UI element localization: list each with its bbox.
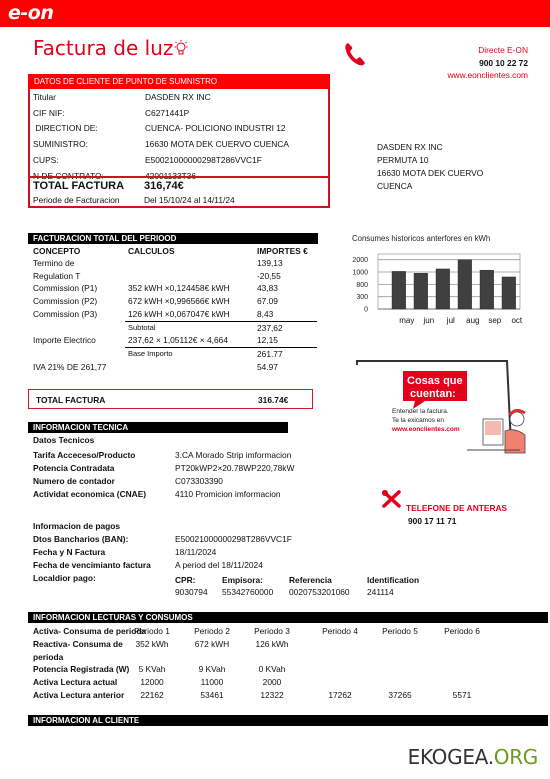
amount-cell: 67.09: [257, 295, 278, 307]
eon-logo: e-on: [8, 2, 53, 24]
field-label: Titular: [33, 90, 145, 106]
promo-banner[interactable]: Cosas que cuentan: Entender la factura. …: [355, 345, 535, 455]
readings-section-title: INFORMACION LECTURAS Y CONSUMOS: [28, 612, 548, 623]
svg-text:sep: sep: [488, 316, 501, 325]
period-cell: 53461: [182, 689, 242, 701]
amount-cell: 43,83: [257, 282, 278, 294]
client-row: DIRECTION DE:CUENCA- POLICIONO INDUSTRI …: [33, 121, 289, 137]
calc-cell: 672 kWH ×0,996566€ kWH: [128, 295, 230, 307]
svg-text:0: 0: [364, 307, 368, 314]
amount-cell: -20,55: [257, 270, 281, 282]
payment-cpr: CPR:9030794: [175, 574, 208, 598]
period-cell: 22162: [122, 689, 182, 701]
field-value: E50021000000298T286VVC1F: [145, 153, 262, 169]
amount-cell: 54.97: [257, 361, 278, 373]
svg-text:800: 800: [356, 282, 368, 289]
divider: [28, 176, 330, 178]
period-cell: 11000: [182, 676, 242, 688]
amount-cell: 12,15: [257, 334, 278, 346]
amount-cell: 261.77: [257, 348, 283, 360]
column-header: IMPORTES €: [257, 245, 308, 257]
client-data-rows: TitularDASDEN RX INC CIF NIF:C6271441P D…: [33, 90, 289, 184]
client-info-section-title: INFORMACION AL CLIENTE: [28, 715, 548, 726]
field-label: Actividat economica (CNAE): [33, 488, 146, 500]
period-cell: 126 kWh: [242, 638, 302, 650]
total-label: TOTAL FACTURA: [36, 395, 105, 405]
client-row: TitularDASDEN RX INC: [33, 90, 289, 106]
address-line: PERMUTA 10: [377, 154, 483, 167]
total-value: 316.74€: [258, 395, 288, 405]
client-row: SUMINISTRO:16630 MOTA DEK CUERVO CUENCA: [33, 137, 289, 153]
period-cell: Periodo 1: [122, 625, 182, 637]
concept-cell: Regulation T: [33, 270, 80, 282]
period-label: Periode de Facturacion: [33, 195, 144, 205]
field-value: C073303390: [175, 475, 223, 487]
promo-text: Entender la factura.: [392, 408, 449, 415]
contact-website[interactable]: www.eonclientes.com: [447, 69, 528, 82]
address-line: CUENCA: [377, 180, 483, 193]
promo-headline: cuentan:: [410, 388, 456, 400]
field-label: DIRECTION DE:: [33, 121, 145, 137]
field-value: 4110 Promicion imformacion: [175, 488, 281, 500]
client-row: CIF NIF:C6271441P: [33, 106, 289, 122]
field-label: Dtos Bancharios (BAN):: [33, 533, 128, 545]
field-label: CUPS:: [33, 153, 145, 169]
field-label: Potencia Contradata: [33, 462, 114, 474]
period-cell: 2000: [242, 676, 302, 688]
period-cell: Periodo 6: [432, 625, 492, 637]
field-label: Referencia: [289, 574, 350, 586]
period-cell: 5 KVah: [122, 663, 182, 675]
technical-section-title: INFORMACION TECNICA: [28, 422, 288, 433]
payment-reference: Referencia0020753201060: [289, 574, 350, 598]
concept-cell: Importe Electrico: [33, 334, 96, 346]
brand-header-bar: [0, 0, 550, 27]
field-label: perioda: [33, 651, 63, 663]
address-line: DASDEN RX INC: [377, 141, 483, 154]
lightbulb-icon: [174, 39, 188, 57]
field-label: Identification: [367, 574, 419, 586]
calc-cell: Subtotal: [128, 322, 156, 334]
period-cell: 9 KVah: [182, 663, 242, 675]
field-label: Activa Lectura actual: [33, 676, 117, 688]
billing-section-title: FACTURACION TOTAL DEL PERIOOD: [28, 233, 318, 244]
brand-main: EKOGEA.: [408, 745, 494, 769]
address-line: 16630 MOTA DEK CUERVO: [377, 167, 483, 180]
client-section-title: DATOS DE CLIENTE DE PUNTO DE SUMNISTRO: [28, 74, 330, 89]
calc-cell: 352 kWH ×0,124458€ kWH: [128, 282, 230, 294]
support-phone[interactable]: 900 17 11 71: [408, 516, 456, 526]
field-value: DASDEN RX INC: [145, 90, 211, 106]
section-subtitle: Informacion de pagos: [33, 520, 120, 532]
svg-text:jun: jun: [422, 316, 434, 325]
concept-cell: Commission (P2): [33, 295, 97, 307]
promo-headline: Cosas que: [407, 375, 463, 387]
period-cell: 672 kWH: [182, 638, 242, 650]
svg-text:oct: oct: [511, 316, 522, 325]
field-label: Fecha de vencimianto factura: [33, 559, 151, 571]
field-value: 0020753201060: [289, 586, 350, 598]
amount-cell: 237,62: [257, 322, 283, 334]
period-cell: 12000: [122, 676, 182, 688]
field-label: Numero de contador: [33, 475, 115, 487]
promo-website: www.eonclientes.com: [391, 426, 460, 433]
total-label: TOTAL FACTURA: [33, 180, 124, 192]
svg-text:jul: jul: [446, 316, 455, 325]
contact-label: Directe E-ON: [447, 44, 528, 57]
period-value: Del 15/10/24 al 14/11/24: [144, 195, 235, 205]
concept-cell: Commission (P1): [33, 282, 97, 294]
field-label: CIF NIF:: [33, 106, 145, 122]
chart-title: Consumes historicos anterfores en kWh: [352, 234, 490, 243]
promo-text: Te la exicamos en: [392, 417, 444, 424]
field-value: 3.CA Morado Strip imformacion: [175, 449, 291, 461]
period-cell: Periodo 5: [370, 625, 430, 637]
field-label: CPR:: [175, 574, 208, 586]
total-value: 316,74€: [144, 180, 184, 192]
concept-cell: Termino de: [33, 257, 74, 269]
field-value: C6271441P: [145, 106, 189, 122]
period-cell: 0 KVah: [242, 663, 302, 675]
brand-suffix: ORG: [494, 745, 538, 769]
field-label: Tarifa Acceceso/Producto: [33, 449, 135, 461]
field-label: Reactiva- Consuma de: [33, 638, 123, 650]
svg-text:may: may: [399, 316, 414, 325]
field-label: Empisora:: [222, 574, 273, 586]
calc-cell: 126 kWH ×0,067047€ kWH: [128, 308, 230, 320]
support-label: TELEFONE DE ANTERAS: [406, 503, 507, 513]
period-cell: Periodo 2: [182, 625, 242, 637]
concept-cell: IVA 21% DE 261,77: [33, 361, 106, 373]
client-row: CUPS:E50021000000298T286VVC1F: [33, 153, 289, 169]
field-label: Activa Lectura anterior: [33, 689, 124, 701]
field-label: Localdior pago:: [33, 572, 96, 584]
field-value: E50021000000298T286VVC1F: [175, 533, 292, 545]
field-value: 16630 MOTA DEK CUERVO CUENCA: [145, 137, 289, 153]
field-value: A period del 18/11/2024: [175, 559, 263, 571]
field-label: Fecha y N Factura: [33, 546, 105, 558]
phone-icon: [343, 41, 367, 67]
column-header: CALCULOS: [128, 245, 175, 257]
calc-cell: 237,62 × 1,05112€ × 4,664: [128, 334, 228, 346]
amount-cell: 8,43: [257, 308, 273, 320]
period-cell: 12322: [242, 689, 302, 701]
mailing-address: DASDEN RX INC PERMUTA 10 16630 MOTA DEK …: [377, 141, 483, 193]
payment-identification: Identification241114: [367, 574, 419, 598]
field-value: CUENCA- POLICIONO INDUSTRI 12: [145, 121, 286, 137]
field-value: 9030794: [175, 586, 208, 598]
svg-text:aug: aug: [466, 316, 479, 325]
period-cell: Periodo 4: [310, 625, 370, 637]
tools-icon: [381, 489, 403, 509]
period-cell: 5571: [432, 689, 492, 701]
page-title: Factura de luz: [33, 36, 173, 60]
payment-emisora: Empisora:55342760000: [222, 574, 273, 598]
total-invoice: TOTAL FACTURA 316,74€: [33, 180, 124, 192]
contact-phone[interactable]: 900 10 22 72: [447, 57, 528, 70]
column-header: CONCEPTO: [33, 245, 80, 257]
field-value: PT20kWP2×20.78WP220,78kW: [175, 462, 294, 474]
ekogea-logo: EKOGEA.ORG: [408, 745, 538, 769]
consumption-chart: 030080010002000mayjunjulaugsepoct: [340, 250, 540, 330]
field-value: 18/11/2024: [175, 546, 216, 558]
svg-text:1000: 1000: [352, 270, 368, 277]
period-cell: 17262: [310, 689, 370, 701]
technical-subtitle: Datos Tecnicos: [33, 435, 94, 445]
period-cell: 352 kWh: [122, 638, 182, 650]
period-cell: Periodo 3: [242, 625, 302, 637]
field-value: 55342760000: [222, 586, 273, 598]
calc-cell: Base Importo: [128, 348, 173, 360]
field-label: Potencia Registrada (W): [33, 663, 129, 675]
field-value: 241114: [367, 586, 419, 598]
contact-block: Directe E-ON 900 10 22 72 www.eoncliente…: [447, 44, 528, 82]
svg-text:2000: 2000: [352, 257, 368, 264]
period-cell: 37265: [370, 689, 430, 701]
svg-text:300: 300: [356, 294, 368, 301]
amount-cell: 139,13: [257, 257, 283, 269]
billing-period: Periode de Facturacion Del 15/10/24 al 1…: [33, 195, 235, 205]
concept-cell: Commission (P3): [33, 308, 97, 320]
field-label: SUMINISTRO:: [33, 137, 145, 153]
